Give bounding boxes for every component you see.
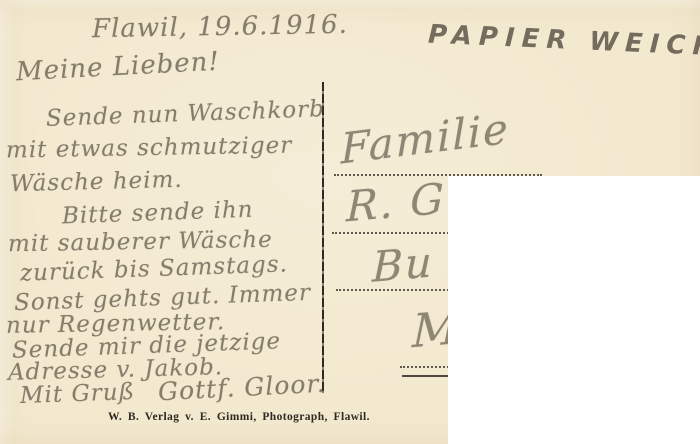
address-line: Familie	[340, 108, 510, 171]
divider-line	[322, 82, 324, 393]
date-line: Flawil, 19.6.1916.	[92, 12, 348, 42]
message-line: Wäsche heim.	[10, 169, 183, 197]
message-line: mit sauberer Wäsche	[8, 229, 273, 257]
closing-greeting: Mit Gruß	[20, 381, 136, 408]
salutation: Meine Lieben!	[15, 49, 220, 86]
message-line: Sende nun Waschkorb	[46, 98, 326, 131]
scan-white-patch	[448, 176, 700, 444]
papier-weich-note: PAPIER WEICH	[427, 20, 700, 63]
address-line: R. G	[346, 178, 446, 229]
address-line: Bu	[372, 241, 434, 289]
message-line: zurück bis Samstags.	[20, 253, 289, 285]
signature: Gottf. Gloor.	[157, 371, 326, 405]
message-line: mit etwas schmutziger	[6, 135, 293, 163]
publisher-line: W. B. Verlag v. E. Gimmi, Photograph, Fl…	[108, 411, 370, 423]
postcard-back: Flawil, 19.6.1916. PAPIER WEICH Meine Li…	[0, 0, 700, 444]
message-line: Bitte sende ihn	[62, 199, 254, 229]
address-rule-2	[332, 232, 460, 234]
